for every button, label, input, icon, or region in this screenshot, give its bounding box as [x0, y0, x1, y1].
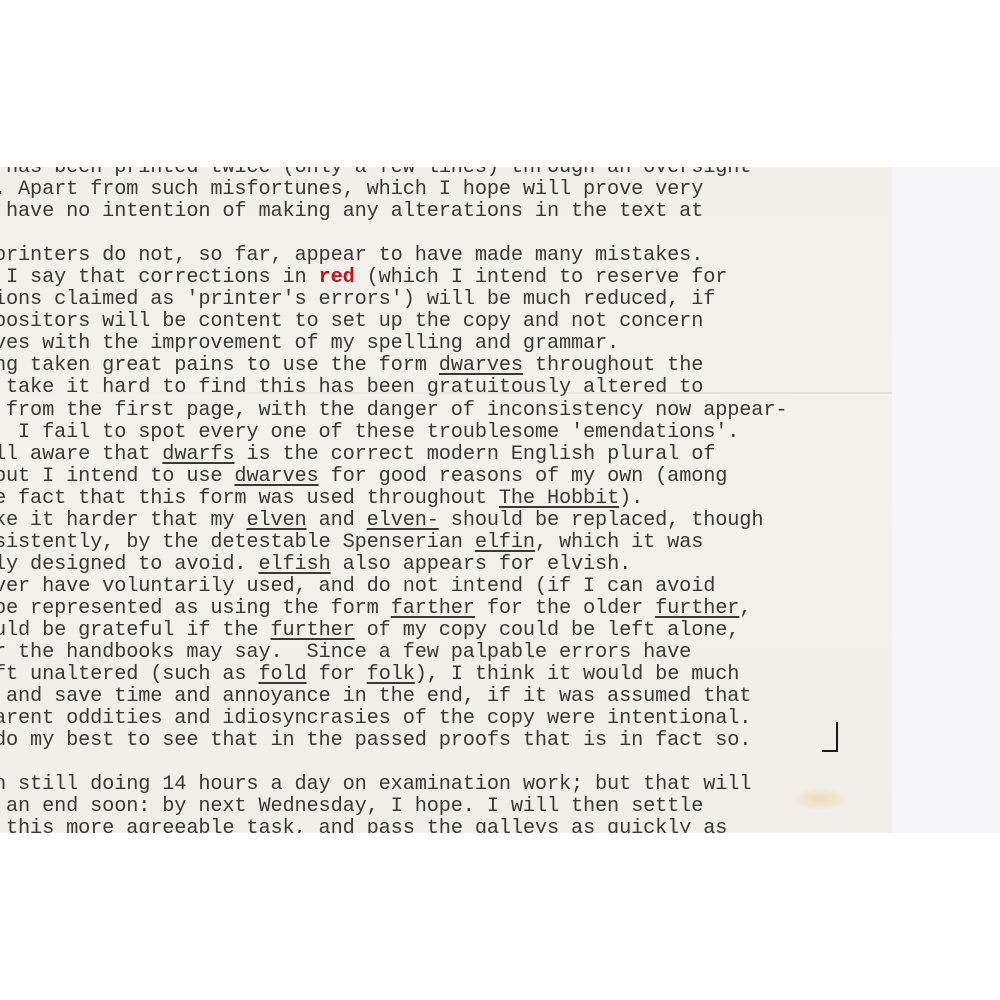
text-segment: e fact that this form was used throughou… [0, 487, 499, 510]
text-segment: of my copy could be left alone, [355, 619, 740, 642]
text-segment: I fail to spot every one of these troubl… [0, 421, 739, 444]
text-segment: take it hard to find this has been gratu… [0, 376, 703, 399]
text-line: I say that corrections in red (which I i… [0, 267, 787, 289]
underlined-word: dwarfs [162, 443, 234, 466]
text-line: ke it harder that my elven and elven- sh… [0, 510, 787, 532]
text-segment: ke it harder that my [0, 509, 246, 532]
text-segment: and save time and annoyance in the end, … [0, 685, 751, 708]
text-segment: for [307, 663, 367, 686]
underlined-word: further [655, 597, 739, 620]
text-segment: ions claimed as 'printer's errors') will… [0, 288, 715, 311]
text-line: ves with the improvement of my spelling … [0, 333, 787, 355]
text-line: but I intend to use dwarves for good rea… [0, 466, 787, 488]
text-segment: positors will be content to set up the c… [0, 310, 703, 333]
text-line: uld be grateful if the further of my cop… [0, 620, 787, 642]
text-line: arent oddities and idiosyncrasies of the… [0, 708, 787, 730]
text-segment: from the first page, with the danger of … [0, 399, 787, 422]
red-ink-word: red [319, 266, 355, 289]
text-segment: have no intention of making any alterati… [0, 200, 703, 223]
text-line: ions claimed as 'printer's errors') will… [0, 289, 787, 311]
text-line: I fail to spot every one of these troubl… [0, 422, 787, 444]
text-segment: ft unaltered (such as [0, 663, 258, 686]
text-line: positors will be content to set up the c… [0, 311, 787, 333]
text-line [0, 752, 787, 774]
underlined-word: elfish [258, 553, 330, 576]
text-line: ng taken great pains to use the form dwa… [0, 355, 787, 377]
text-segment: also appears for elvish. [331, 553, 632, 576]
typewritten-page: has been printed twice (only a few lines… [0, 167, 892, 833]
text-segment: for good reasons of my own (among [319, 465, 728, 488]
text-segment: be represented as using the form [0, 597, 391, 620]
typed-text-body: has been printed twice (only a few lines… [0, 167, 787, 833]
underlined-word: fold [258, 663, 306, 686]
text-line [0, 223, 787, 245]
text-line: printers do not, so far, appear to have … [0, 245, 787, 267]
text-segment: ll aware that [0, 443, 162, 466]
paper-stain [790, 787, 850, 811]
text-segment: is the correct modern English plural of [234, 443, 715, 466]
text-segment: and [307, 509, 367, 532]
text-segment: ly designed to avoid. [0, 553, 258, 576]
text-line: from the first page, with the danger of … [0, 400, 787, 422]
text-line: ly designed to avoid. elfish also appear… [0, 554, 787, 576]
text-line: e fact that this form was used throughou… [0, 488, 787, 510]
text-segment: ves with the improvement of my spelling … [0, 332, 619, 355]
text-line: ft unaltered (such as fold for folk), I … [0, 664, 787, 686]
text-segment: sistently, by the detestable Spenserian [0, 531, 475, 554]
text-segment: n still doing 14 hours a day on examinat… [0, 773, 751, 796]
text-segment: but I intend to use [0, 465, 234, 488]
text-segment: I say that corrections in [0, 266, 319, 289]
text-segment: ng taken great pains to use the form [0, 354, 439, 377]
underlined-word: farther [391, 597, 475, 620]
text-segment: , [739, 597, 751, 620]
text-segment: this more agreeable task, and pass the g… [0, 817, 727, 833]
text-segment: for the older [475, 597, 655, 620]
text-segment: arent oddities and idiosyncrasies of the… [0, 707, 751, 730]
text-segment: an end soon: by next Wednesday, I hope. … [0, 795, 703, 818]
text-line: ll aware that dwarfs is the correct mode… [0, 444, 787, 466]
text-segment: ), I think it would be much [415, 663, 740, 686]
text-line: sistently, by the detestable Spenserian … [0, 532, 787, 554]
text-line: . Apart from such misfortunes, which I h… [0, 179, 787, 201]
handwritten-bracket-mark [822, 722, 838, 752]
text-segment: . Apart from such misfortunes, which I h… [0, 178, 703, 201]
underlined-word: The Hobbit [499, 487, 619, 510]
text-line: r the handbooks may say. Since a few pal… [0, 642, 787, 664]
text-line: and save time and annoyance in the end, … [0, 686, 787, 708]
text-segment: do my best to see that in the passed pro… [0, 729, 751, 752]
text-line: have no intention of making any alterati… [0, 201, 787, 223]
text-line: be represented as using the form farther… [0, 598, 787, 620]
text-line: do my best to see that in the passed pro… [0, 730, 787, 752]
underlined-word: dwarves [234, 465, 318, 488]
text-line: an end soon: by next Wednesday, I hope. … [0, 796, 787, 818]
underlined-word: folk [367, 663, 415, 686]
text-segment: (which I intend to reserve for [355, 266, 728, 289]
text-segment: , which it was [535, 531, 703, 554]
underlined-word: elfin [475, 531, 535, 554]
text-segment: ver have voluntarily used, and do not in… [0, 575, 715, 598]
text-segment: throughout the [523, 354, 703, 377]
text-line: n still doing 14 hours a day on examinat… [0, 774, 787, 796]
text-segment: should be replaced, though [439, 509, 764, 532]
underlined-word: dwarves [439, 354, 523, 377]
text-segment: r the handbooks may say. Since a few pal… [0, 641, 691, 664]
text-segment: uld be grateful if the [0, 619, 270, 642]
underlined-word: elven- [367, 509, 439, 532]
text-line: ver have voluntarily used, and do not in… [0, 576, 787, 598]
text-line: this more agreeable task, and pass the g… [0, 818, 787, 833]
underlined-word: further [270, 619, 354, 642]
text-segment: printers do not, so far, appear to have … [0, 244, 703, 267]
text-segment: ). [619, 487, 643, 510]
text-line: take it hard to find this has been gratu… [0, 377, 787, 399]
underlined-word: elven [246, 509, 306, 532]
